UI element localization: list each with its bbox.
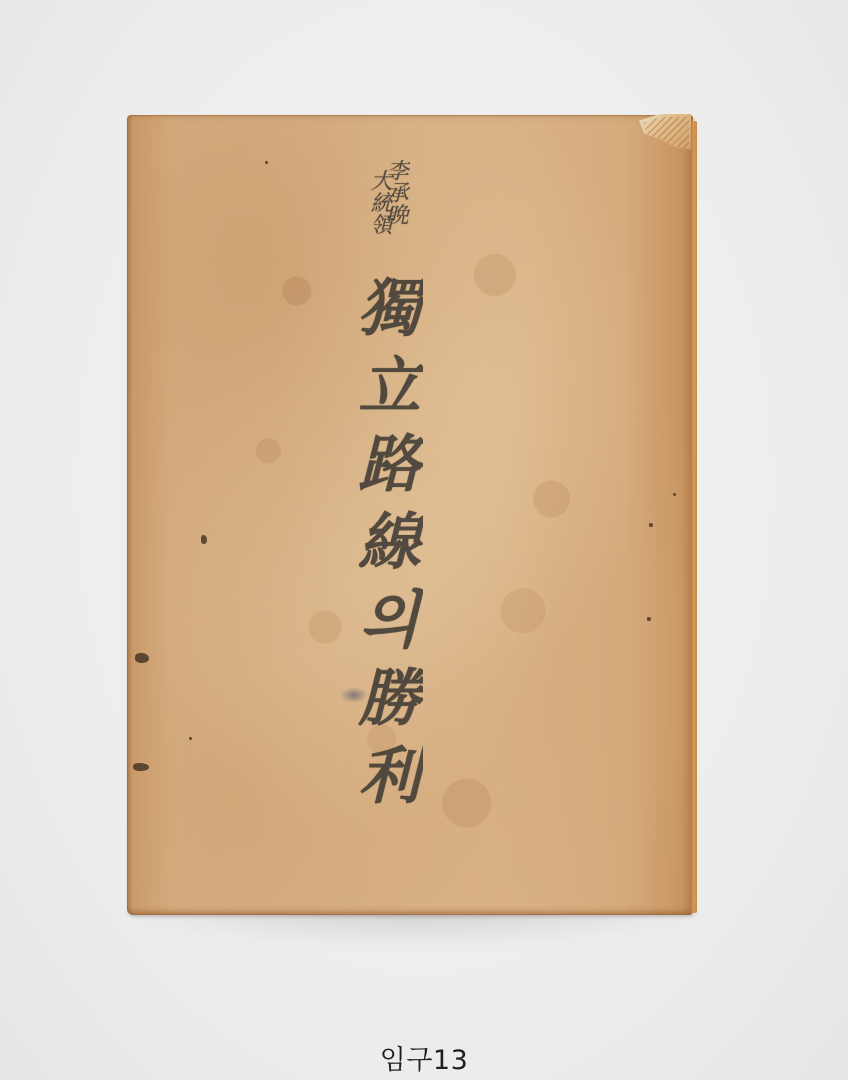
stain-spot bbox=[135, 653, 149, 663]
ink-stain bbox=[340, 687, 368, 703]
image-caption: 임구13 bbox=[0, 1038, 848, 1077]
book-cover: 李承晩 大統領 獨立路線의勝利 bbox=[127, 115, 693, 915]
stain-spot bbox=[649, 523, 653, 527]
torn-corner-fibers bbox=[643, 117, 689, 149]
cover-title: 獨立路線의勝利 bbox=[349, 275, 419, 821]
cover-subtitle-title: 大統領 bbox=[367, 169, 391, 235]
book-page-edge bbox=[691, 121, 697, 913]
stain-spot bbox=[265, 161, 268, 164]
stain-spot bbox=[647, 617, 651, 621]
stain-spot bbox=[673, 493, 676, 496]
stain-spot bbox=[133, 763, 149, 771]
stain-spot bbox=[189, 737, 192, 740]
stain-spot bbox=[201, 535, 207, 544]
photo-background: 李承晩 大統領 獨立路線의勝利 임구13 bbox=[0, 0, 848, 1080]
